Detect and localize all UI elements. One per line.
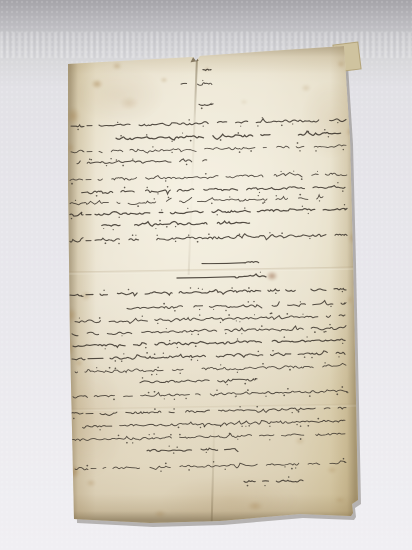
diacritic-dot	[237, 372, 238, 373]
diacritic-dot	[281, 171, 282, 172]
diacritic-dot	[247, 485, 249, 487]
diacritic-dot	[301, 178, 303, 180]
diacritic-dot	[190, 140, 192, 142]
diacritic-dot	[304, 356, 306, 358]
diacritic-dot	[248, 425, 249, 426]
diacritic-dot	[161, 209, 162, 210]
handwritten-line	[70, 407, 346, 415]
diacritic-dot	[110, 158, 111, 159]
diacritic-dot	[300, 438, 302, 440]
diacritic-dot	[188, 235, 189, 236]
diacritic-dot	[264, 485, 265, 486]
diacritic-dot	[315, 150, 317, 152]
diacritic-dot	[203, 125, 204, 126]
diacritic-dot	[151, 374, 153, 376]
diacritic-dot	[227, 384, 228, 385]
diacritic-dot	[220, 139, 222, 141]
handwritten-line	[71, 145, 346, 153]
diacritic-dot	[228, 314, 230, 316]
handwritten-line	[116, 131, 341, 140]
handwritten-line	[72, 326, 346, 336]
diacritic-dot	[135, 235, 136, 236]
diacritic-dot	[191, 359, 193, 361]
diacritic-dot	[284, 466, 285, 467]
diacritic-dot	[265, 396, 266, 397]
diacritic-dot	[132, 158, 133, 159]
diacritic-dot	[171, 141, 172, 142]
diacritic-dot	[157, 235, 158, 236]
diacritic-dot	[298, 411, 300, 413]
diacritic-dot	[248, 287, 250, 289]
diacritic-dot	[244, 383, 246, 385]
diacritic-dot	[188, 119, 190, 121]
diacritic-dot	[289, 369, 291, 371]
diacritic-dot	[146, 134, 148, 136]
diacritic-dot	[247, 389, 249, 391]
handwritten-line	[203, 69, 211, 70]
diacritic-dot	[200, 427, 201, 428]
diacritic-dot	[319, 200, 320, 201]
diacritic-dot	[239, 151, 241, 153]
diacritic-dot	[146, 352, 148, 354]
diacritic-dot	[122, 165, 124, 167]
diacritic-dot	[113, 399, 115, 401]
diacritic-dot	[103, 290, 104, 291]
diacritic-dot	[121, 360, 122, 361]
diacritic-dot	[344, 204, 345, 205]
diacritic-dot	[155, 228, 156, 229]
diacritic-dot	[229, 196, 230, 197]
diacritic-dot	[295, 467, 296, 468]
diacritic-dot	[216, 389, 217, 390]
handwritten-line	[70, 234, 347, 242]
diacritic-dot	[187, 208, 188, 209]
diacritic-dot	[199, 309, 200, 310]
diacritic-dot	[297, 142, 299, 144]
diacritic-dot	[186, 164, 188, 166]
diacritic-dot	[317, 418, 319, 420]
diacritic-dot	[269, 439, 270, 440]
diacritic-dot	[204, 426, 205, 427]
handwritten-line	[77, 159, 207, 164]
diacritic-dot	[77, 129, 79, 131]
diacritic-dot	[166, 328, 167, 329]
diacritic-dot	[123, 353, 124, 354]
diacritic-dot	[105, 348, 106, 349]
diacritic-dot	[239, 321, 240, 322]
diacritic-dot	[254, 314, 255, 315]
diacritic-dot	[288, 476, 290, 478]
diacritic-dot	[190, 287, 191, 288]
diacritic-dot	[271, 312, 273, 314]
diacritic-dot	[307, 425, 309, 427]
diacritic-dot	[178, 427, 180, 429]
diacritic-dot	[342, 343, 343, 344]
handwritten-line	[73, 339, 345, 347]
diacritic-dot	[156, 374, 157, 375]
diacritic-dot	[109, 367, 111, 369]
diacritic-dot	[188, 469, 190, 471]
diacritic-dot	[170, 434, 172, 436]
diacritic-dot	[292, 412, 293, 413]
diacritic-dot	[132, 234, 134, 236]
diacritic-dot	[117, 122, 118, 123]
handwritten-line	[73, 390, 348, 398]
diacritic-dot	[343, 458, 345, 460]
diacritic-dot	[220, 364, 221, 365]
diacritic-dot	[157, 367, 159, 369]
diacritic-dot	[118, 217, 119, 218]
handwritten-line	[70, 289, 346, 297]
diacritic-dot	[248, 301, 250, 303]
diacritic-dot	[299, 150, 300, 151]
diacritic-dot	[197, 360, 198, 361]
diacritic-dot	[202, 289, 203, 290]
diacritic-dot	[124, 187, 126, 189]
diacritic-dot	[185, 398, 186, 399]
diacritic-dot	[293, 171, 294, 172]
diacritic-dot	[199, 314, 200, 315]
diacritic-dot	[317, 171, 318, 172]
diacritic-dot	[258, 195, 259, 196]
diacritic-dot	[259, 192, 260, 193]
diacritic-dot	[256, 406, 258, 408]
diacritic-dot	[173, 452, 174, 453]
handwritten-line	[70, 195, 323, 205]
handwritten-line	[83, 420, 345, 428]
diacritic-dot	[284, 336, 286, 338]
diacritic-dot	[179, 373, 180, 374]
diacritic-dot	[99, 317, 101, 319]
diacritic-dot	[338, 356, 339, 357]
diacritic-dot	[154, 408, 156, 410]
diacritic-dot	[175, 226, 176, 227]
diacritic-dot	[220, 322, 221, 323]
diacritic-dot	[217, 214, 218, 215]
diacritic-dot	[165, 180, 166, 181]
diacritic-dot	[103, 228, 104, 229]
diacritic-dot	[337, 182, 338, 183]
diacritic-dot	[272, 350, 273, 351]
diacritic-dot	[79, 318, 80, 319]
diacritic-dot	[166, 226, 168, 228]
diacritic-dot	[132, 442, 133, 443]
diacritic-dot	[198, 334, 200, 336]
diacritic-dot	[75, 200, 76, 201]
diacritic-dot	[197, 241, 199, 243]
diacritic-dot	[152, 146, 153, 147]
diacritic-dot	[179, 434, 181, 436]
diacritic-dot	[257, 125, 258, 126]
diacritic-dot	[244, 207, 245, 208]
diacritic-dot	[239, 406, 240, 407]
handwritten-line	[202, 262, 259, 264]
diacritic-dot	[336, 393, 338, 395]
diacritic-dot	[311, 357, 313, 359]
diacritic-dot	[71, 183, 73, 185]
diacritic-dot	[260, 272, 261, 273]
diacritic-dot	[169, 340, 170, 341]
diacritic-dot	[287, 388, 289, 390]
diacritic-dot	[149, 434, 150, 435]
diacritic-dot	[241, 426, 242, 427]
diacritic-dot	[276, 195, 277, 196]
diacritic-dot	[240, 126, 241, 127]
handwritten-line	[127, 301, 346, 309]
diacritic-dot	[154, 353, 156, 355]
diacritic-dot	[325, 331, 327, 333]
diacritic-dot	[220, 426, 221, 427]
diacritic-dot	[308, 213, 309, 214]
handwritten-line	[102, 221, 250, 226]
handwritten-line	[72, 433, 345, 441]
diacritic-dot	[229, 433, 231, 435]
diacritic-dot	[202, 80, 203, 81]
diacritic-dot	[168, 197, 170, 199]
diacritic-dot	[302, 206, 303, 207]
diacritic-dot	[269, 426, 270, 427]
diacritic-dot	[201, 107, 203, 109]
handwritten-line	[72, 351, 345, 360]
diacritic-dot	[205, 173, 207, 175]
handwritten-line	[75, 315, 345, 323]
diacritic-dot	[126, 442, 128, 444]
handwritten-line	[199, 104, 213, 105]
diacritic-dot	[328, 136, 329, 137]
diacritic-dot	[343, 149, 344, 150]
diacritic-dot	[153, 433, 154, 434]
diacritic-dot	[225, 333, 226, 334]
diacritic-dot	[148, 392, 150, 394]
handwritten-line	[70, 173, 347, 181]
diacritic-dot	[157, 193, 158, 194]
diacritic-dot	[165, 463, 167, 465]
handwritten-line	[244, 480, 303, 482]
handwritten-line	[181, 83, 212, 86]
diacritic-dot	[120, 135, 122, 137]
diacritic-dot	[296, 424, 297, 425]
diacritic-dot	[157, 323, 158, 324]
diacritic-dot	[163, 353, 164, 354]
handwritten-line	[177, 274, 266, 278]
diacritic-dot	[323, 331, 325, 333]
diacritic-dot	[258, 351, 260, 353]
diacritic-dot	[175, 241, 176, 242]
diacritic-dot	[236, 395, 237, 396]
diacritic-dot	[341, 386, 343, 388]
diacritic-dot	[225, 310, 226, 311]
diacritic-dot	[275, 292, 277, 294]
diacritic-dot	[283, 395, 285, 397]
diacritic-dot	[73, 418, 75, 420]
diacritic-dot	[96, 367, 97, 368]
diacritic-dot	[309, 395, 311, 397]
diacritic-dot	[262, 363, 264, 365]
diacritic-dot	[330, 306, 331, 307]
diacritic-dot	[91, 159, 93, 161]
diacritic-dot	[262, 202, 264, 204]
handwritten-line	[140, 379, 257, 383]
diacritic-dot	[308, 131, 309, 132]
diacritic-dot	[115, 360, 117, 362]
diacritic-dot	[105, 242, 107, 244]
diacritic-dot	[253, 301, 254, 302]
diacritic-dot	[171, 152, 172, 153]
diacritic-dot	[213, 309, 214, 310]
diacritic-dot	[177, 347, 178, 348]
diacritic-dot	[337, 122, 338, 123]
handwritten-line	[75, 461, 346, 470]
handwritten-line	[147, 448, 238, 451]
diacritic-dot	[121, 335, 122, 336]
diacritic-dot	[142, 316, 143, 317]
diacritic-dot	[264, 201, 266, 203]
diacritic-dot	[146, 187, 147, 188]
diacritic-dot	[342, 291, 343, 292]
diacritic-dot	[86, 465, 88, 467]
diacritic-dot	[191, 334, 192, 335]
diacritic-dot	[137, 205, 139, 207]
diacritic-dot	[164, 398, 165, 399]
diacritic-dot	[299, 194, 301, 196]
diacritic-dot	[236, 320, 237, 321]
diacritic-dot	[128, 289, 130, 291]
diacritic-dot	[116, 159, 118, 161]
diacritic-dot	[281, 232, 283, 234]
diacritic-dot	[176, 446, 177, 447]
diacritic-dot	[195, 345, 197, 347]
diacritic-dot	[324, 129, 326, 131]
diacritic-dot	[314, 331, 316, 333]
diacritic-dot	[302, 314, 303, 315]
diacritic-dot	[211, 203, 213, 205]
diacritic-dot	[208, 233, 210, 235]
diacritic-dot	[154, 391, 156, 393]
diacritic-dot	[261, 325, 263, 327]
diacritic-dot	[182, 133, 183, 134]
diacritic-dot	[250, 150, 252, 152]
diacritic-dot	[154, 198, 155, 199]
diacritic-dot	[89, 158, 90, 159]
diacritic-dot	[269, 232, 270, 233]
diacritic-dot	[145, 347, 147, 349]
diacritic-dot	[115, 368, 117, 370]
diacritic-dot	[262, 117, 263, 118]
diacritic-dot	[106, 165, 107, 166]
diacritic-dot	[245, 426, 246, 427]
diacritic-dot	[300, 425, 302, 427]
diacritic-dot	[99, 429, 100, 430]
diacritic-dot	[174, 310, 176, 312]
diacritic-dot	[231, 287, 233, 289]
diacritic-dot	[173, 408, 174, 409]
handwritten-line	[82, 186, 345, 194]
diacritic-dot	[225, 469, 226, 470]
diacritic-dot	[174, 399, 175, 400]
diacritic-dot	[206, 452, 207, 453]
diacritic-dot	[342, 190, 343, 191]
diacritic-dot	[213, 461, 214, 462]
diacritic-dot	[198, 288, 199, 289]
diacritic-dot	[281, 124, 283, 126]
diacritic-dot	[309, 238, 310, 239]
diacritic-dot	[237, 439, 238, 440]
diacritic-dot	[237, 132, 239, 134]
diacritic-dot	[113, 229, 114, 230]
diacritic-dot	[163, 303, 165, 305]
diacritic-dot	[96, 195, 98, 197]
diacritic-dot	[241, 333, 242, 334]
handwritten-line	[70, 208, 347, 216]
diacritic-dot	[292, 123, 293, 124]
diacritic-dot	[324, 362, 325, 363]
diacritic-dot	[159, 220, 161, 222]
handwritten-line	[71, 119, 346, 127]
diacritic-dot	[329, 324, 330, 325]
diacritic-dot	[167, 186, 169, 188]
diacritic-dot	[142, 377, 144, 379]
diacritic-dot	[160, 471, 161, 472]
diacritic-dot	[306, 336, 307, 337]
photo-of-document	[0, 0, 412, 550]
diacritic-dot	[291, 468, 293, 470]
diacritic-dot	[169, 446, 170, 447]
diacritic-dot	[118, 435, 120, 437]
diacritic-dot	[239, 233, 241, 235]
diacritic-dot	[71, 218, 72, 219]
diacritic-dot	[237, 338, 238, 339]
diacritic-dot	[286, 313, 288, 315]
diacritic-dot	[118, 243, 120, 245]
diacritic-dot	[300, 301, 301, 302]
